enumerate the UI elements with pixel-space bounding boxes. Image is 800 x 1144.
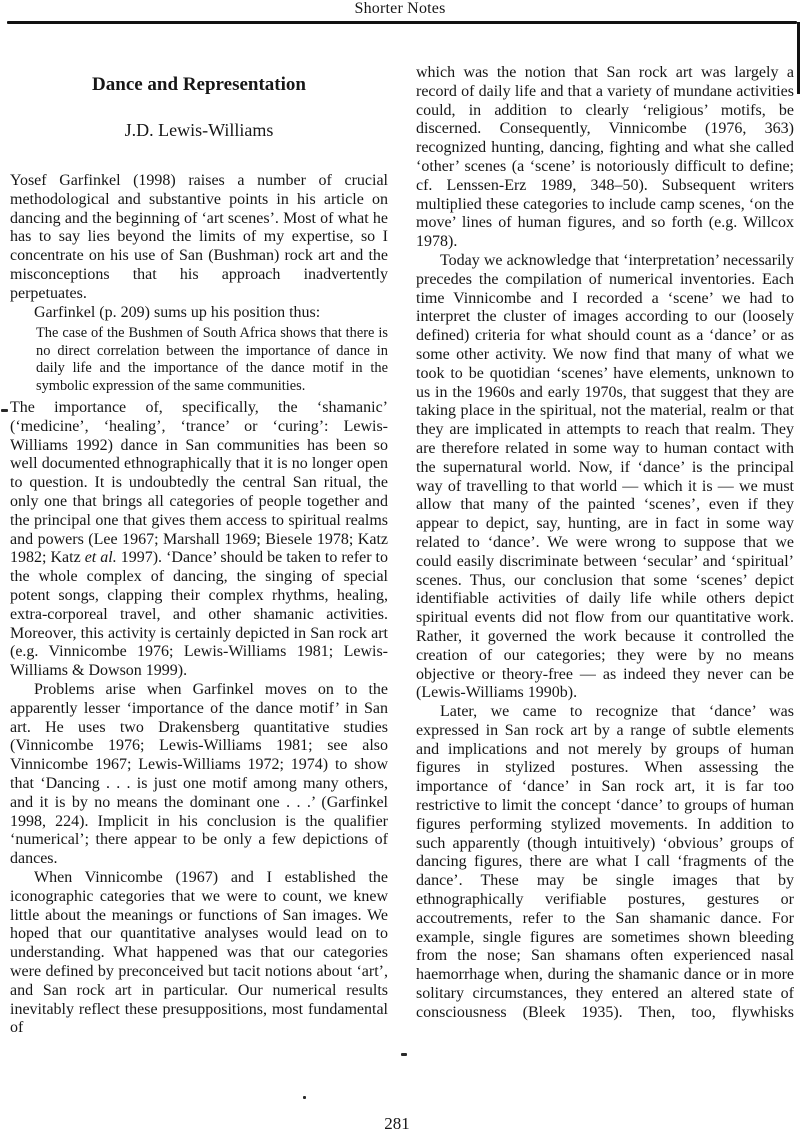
paragraph-problems: Problems arise when Garfinkel moves on t…	[10, 681, 388, 869]
paragraph-later: Later, we came to recognize that ‘dance’…	[416, 703, 794, 1023]
paragraph-importance-pre: The importance of, specifically, the ‘sh…	[10, 399, 388, 566]
right-column: which was the notion that San rock art w…	[416, 22, 794, 1038]
article-author: J.D. Lewis-Williams	[10, 119, 388, 141]
garfinkel-blockquote: The case of the Bushmen of South Africa …	[36, 325, 388, 395]
scan-artifact	[401, 1053, 407, 1056]
scan-artifact	[1, 409, 8, 412]
two-column-body: Dance and Representation J.D. Lewis-Will…	[10, 22, 794, 1038]
paragraph-intro: Yosef Garfinkel (1998) raises a number o…	[10, 172, 388, 304]
paragraph-importance-post: 1997). ‘Dance’ should be taken to refer …	[10, 549, 388, 679]
page-number: 281	[0, 1114, 794, 1134]
et-al-italic: et al.	[85, 549, 117, 566]
left-column: Dance and Representation J.D. Lewis-Will…	[10, 22, 388, 1038]
scan-artifact	[303, 1096, 306, 1099]
paragraph-when-vinnicombe: When Vinnicombe (1967) and I established…	[10, 869, 388, 1038]
article-title: Dance and Representation	[10, 74, 388, 96]
running-head: Shorter Notes	[0, 0, 800, 18]
paragraph-importance: The importance of, specifically, the ‘sh…	[10, 399, 388, 681]
journal-page: Shorter Notes Dance and Representation J…	[0, 0, 800, 1144]
paragraph-today: Today we acknowledge that ‘interpretatio…	[416, 252, 794, 703]
paragraph-lead-in: Garfinkel (p. 209) sums up his position …	[10, 304, 388, 323]
paragraph-which-was: which was the notion that San rock art w…	[416, 64, 794, 252]
